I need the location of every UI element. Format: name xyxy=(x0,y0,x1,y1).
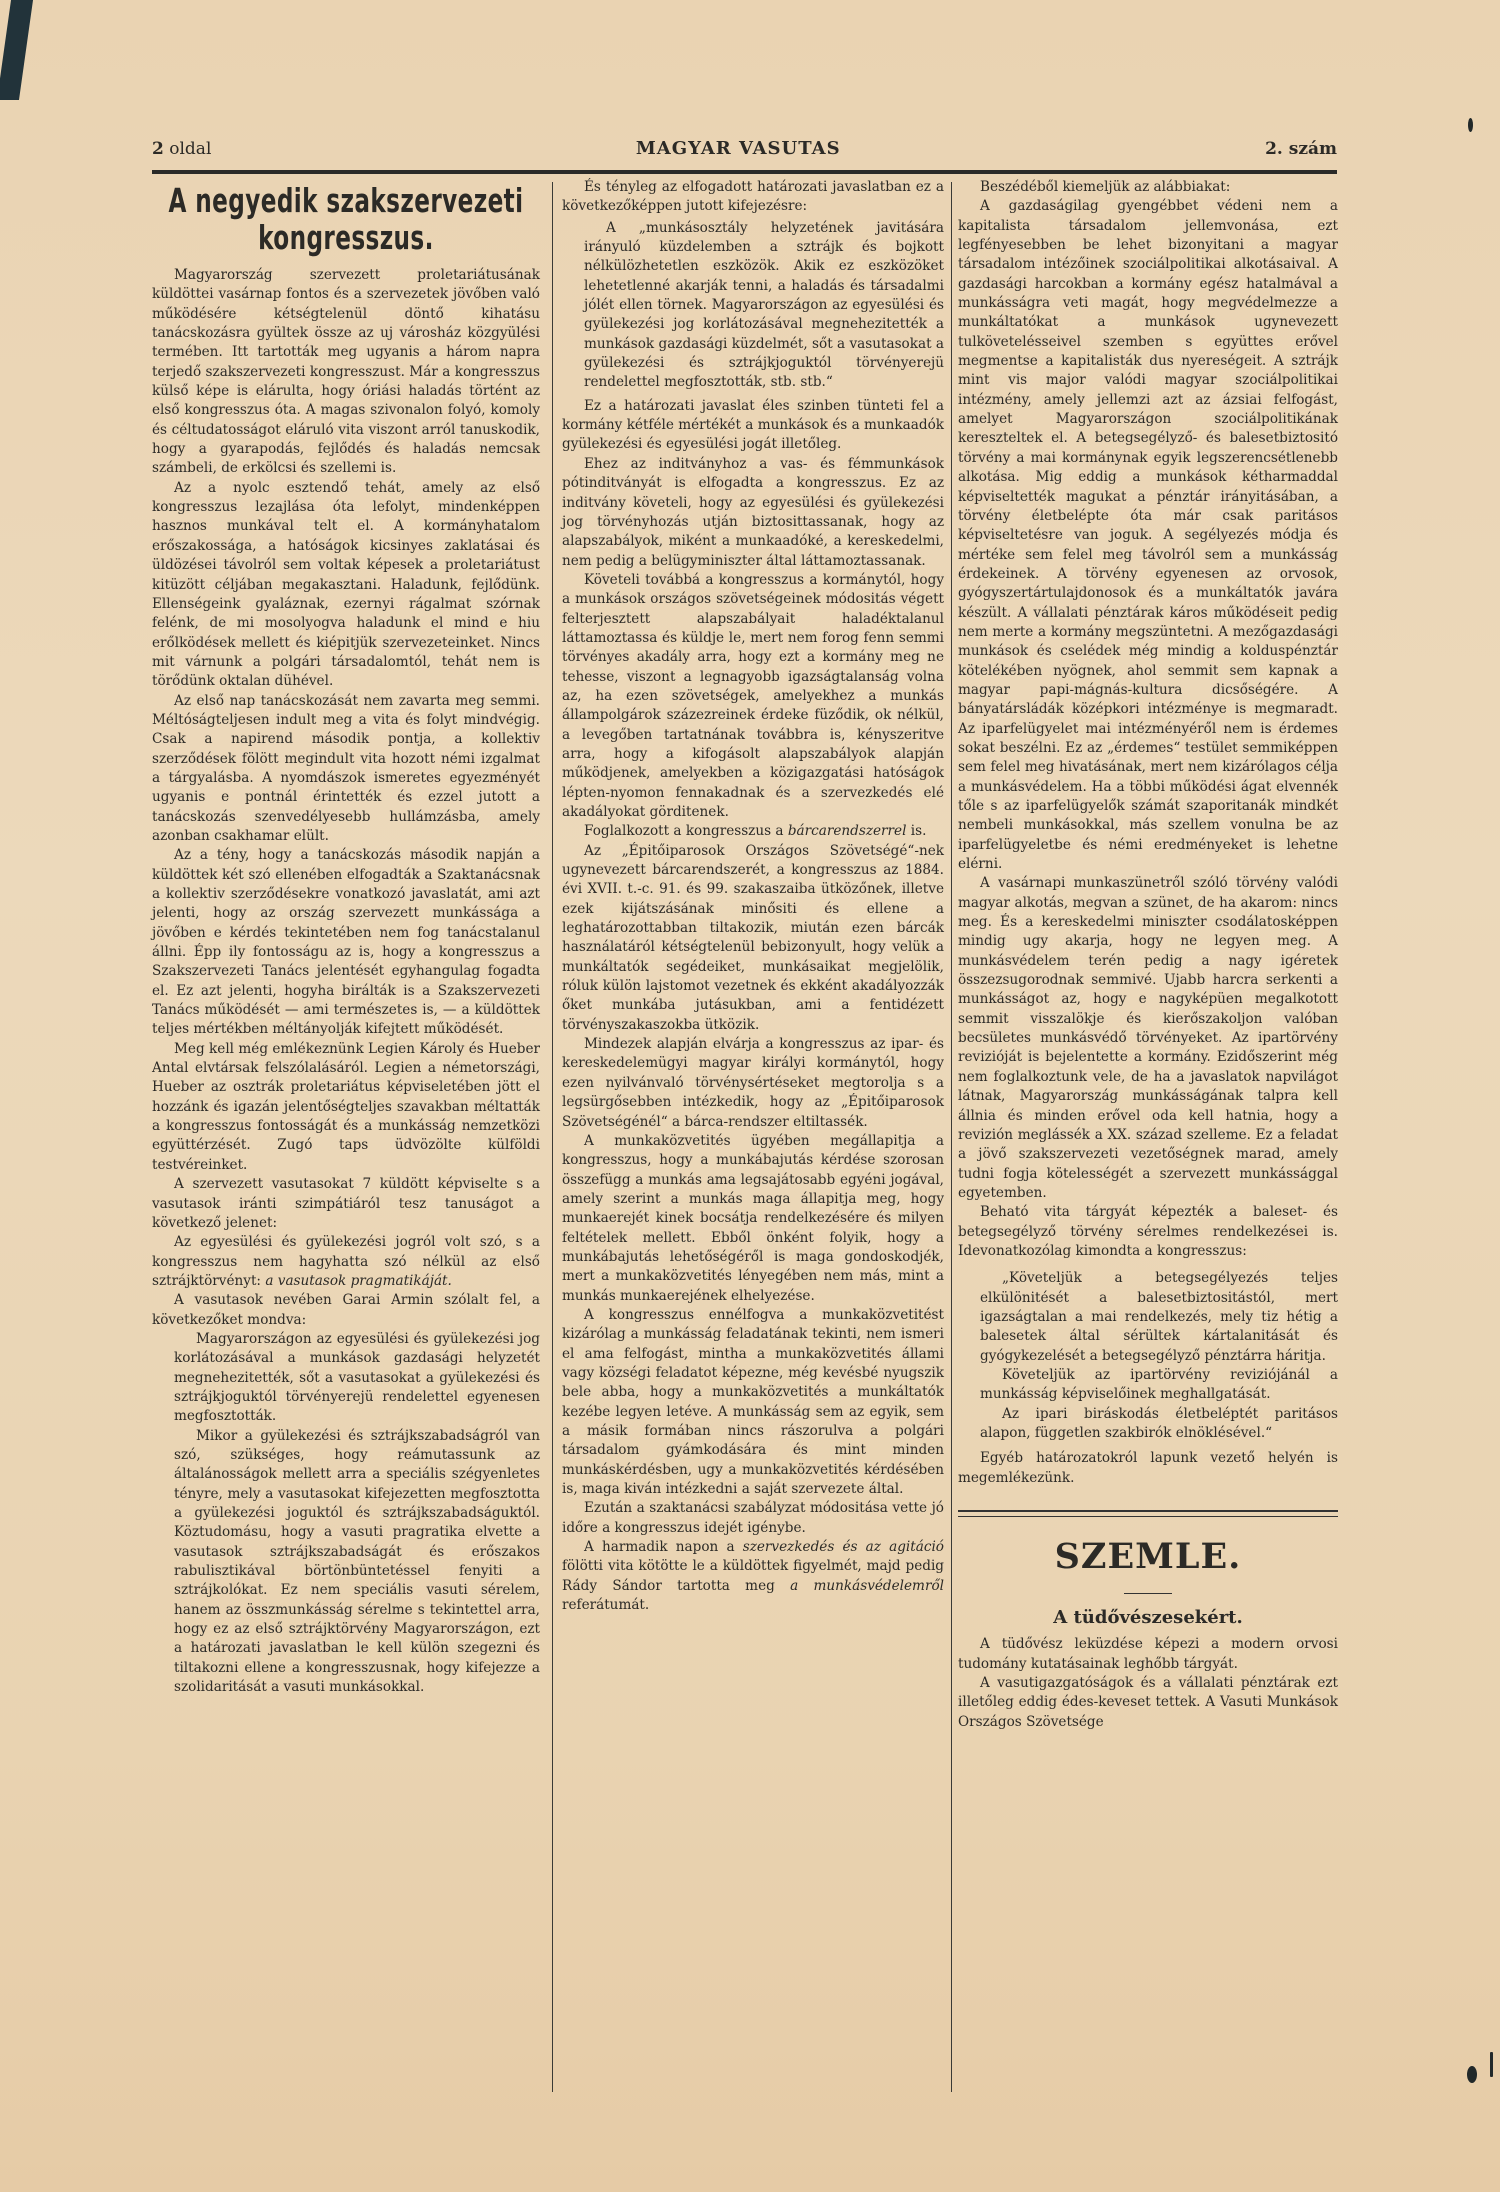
section-title: SZEMLE. xyxy=(958,1535,1338,1579)
ink-speck xyxy=(1468,118,1473,132)
header-rule xyxy=(152,170,1337,174)
paragraph: Beható vita tárgyát képezték a baleset- … xyxy=(958,1203,1338,1261)
paragraph: Ezután a szaktanácsi szabályzat módositá… xyxy=(562,1499,944,1538)
paragraph: A vasutigazgatóságok és a vállalati pénz… xyxy=(958,1674,1338,1732)
review-subheading: A tüdővészesekért. xyxy=(958,1608,1338,1627)
article-headline: A negyedik szakszervezeti kongresszus. xyxy=(156,182,537,256)
emphasis-text: szervezkedés és az agitáció xyxy=(743,1539,944,1555)
page-number-value: 2 xyxy=(152,139,164,159)
paragraph: A harmadik napon a szervezkedés és az ag… xyxy=(562,1538,944,1615)
column-3: Beszédéből kiemeljük az alábbiakat: A ga… xyxy=(958,178,1338,1732)
paragraph: Ehez az inditványhoz a vas- és fémmunkás… xyxy=(562,455,944,571)
column-2: És tényleg az elfogadott határozati java… xyxy=(562,178,944,1615)
article-columns: A negyedik szakszervezeti kongresszus. M… xyxy=(152,178,1337,2098)
paragraph: Követeli továbbá a kongresszus a kormány… xyxy=(562,571,944,822)
text-run: referátumát. xyxy=(562,1597,649,1613)
quote-paragraph: Mikor a gyülekezési és sztrájkszabadságr… xyxy=(152,1427,540,1698)
ink-speck xyxy=(1467,2066,1477,2083)
column-1: A negyedik szakszervezeti kongresszus. M… xyxy=(152,178,540,1697)
text-run: is. xyxy=(911,823,927,839)
paragraph: Meg kell még emlékeznünk Legien Károly é… xyxy=(152,1040,540,1175)
emphasis-text: bárcarendszerrel xyxy=(788,823,907,839)
paragraph: Ez a határozati javaslat éles szinben tü… xyxy=(562,397,944,455)
headline-line-2: kongresszus. xyxy=(156,219,537,256)
column-divider xyxy=(552,182,553,2092)
paragraph: A vasárnapi munkaszünetről szóló törvény… xyxy=(958,874,1338,1203)
paragraph: A szervezett vasutasokat 7 küldött képvi… xyxy=(152,1175,540,1233)
paragraph: Foglalkozott a kongresszus a bárcarendsz… xyxy=(562,822,944,841)
headline-line-1: A negyedik szakszervezeti xyxy=(156,182,537,219)
paragraph: Egyéb határozatokról lapunk vezető helyé… xyxy=(958,1449,1338,1488)
quote-paragraph: „Követeljük a betegsegélyezés teljes elk… xyxy=(958,1269,1338,1366)
paragraph: Beszédéből kiemeljük az alábbiakat: xyxy=(958,178,1338,197)
column-divider xyxy=(951,182,952,2092)
page-label: oldal xyxy=(169,139,211,159)
emphasis-text: a vasutasok pragmatikáját. xyxy=(265,1273,451,1289)
short-divider xyxy=(1124,1593,1172,1594)
text-run: Foglalkozott a kongresszus a xyxy=(584,823,784,839)
paragraph: Az egyesülési és gyülekezési jogról volt… xyxy=(152,1233,540,1291)
emphasis-text: a munkásvédelemről xyxy=(790,1578,944,1594)
scan-edge-mark xyxy=(0,0,33,100)
paragraph: Az első nap tanácskozását nem zavarta me… xyxy=(152,692,540,847)
paragraph: Mindezek alapján elvárja a kongresszus a… xyxy=(562,1035,944,1132)
paragraph: És tényleg az elfogadott határozati java… xyxy=(562,178,944,217)
paragraph: Az a tény, hogy a tanácskozás második na… xyxy=(152,846,540,1039)
section-divider xyxy=(958,1510,1338,1517)
paragraph: A gazdaságilag gyengébbet védeni nem a k… xyxy=(958,197,1338,874)
paragraph: A kongresszus ennélfogva a munkaközvetit… xyxy=(562,1306,944,1499)
page-number: 2 oldal xyxy=(152,139,211,159)
newspaper-title: MAGYAR VASUTAS xyxy=(636,138,841,159)
quote-paragraph: Magyarországon az egyesülési és gyülekez… xyxy=(152,1330,540,1427)
text-run: A harmadik napon a xyxy=(584,1539,735,1555)
paragraph: A munkaközvetités ügyében megállapitja a… xyxy=(562,1132,944,1306)
quote-paragraph: A „munkásosztály helyzetének javitására … xyxy=(562,219,944,393)
ink-speck xyxy=(1490,2052,1493,2077)
newspaper-page: 2 oldal MAGYAR VASUTAS 2. szám A negyedi… xyxy=(152,138,1337,174)
paragraph: Az a nyolc esztendő tehát, amely az első… xyxy=(152,479,540,692)
paragraph: Az „Épitőiparosok Országos Szövetségé“-n… xyxy=(562,842,944,1035)
paragraph: Magyarország szervezett proletariátusána… xyxy=(152,266,540,479)
quote-paragraph: Az ipari biráskodás életbeléptét paritás… xyxy=(958,1405,1338,1444)
issue-number: 2. szám xyxy=(1265,139,1337,159)
paragraph: A vasutasok nevében Garai Armin szólalt … xyxy=(152,1291,540,1330)
page-header: 2 oldal MAGYAR VASUTAS 2. szám xyxy=(152,138,1337,166)
paragraph: A tüdővész leküzdése képezi a modern orv… xyxy=(958,1635,1338,1674)
quote-paragraph: Követeljük az ipartörvény reviziójánál a… xyxy=(958,1366,1338,1405)
